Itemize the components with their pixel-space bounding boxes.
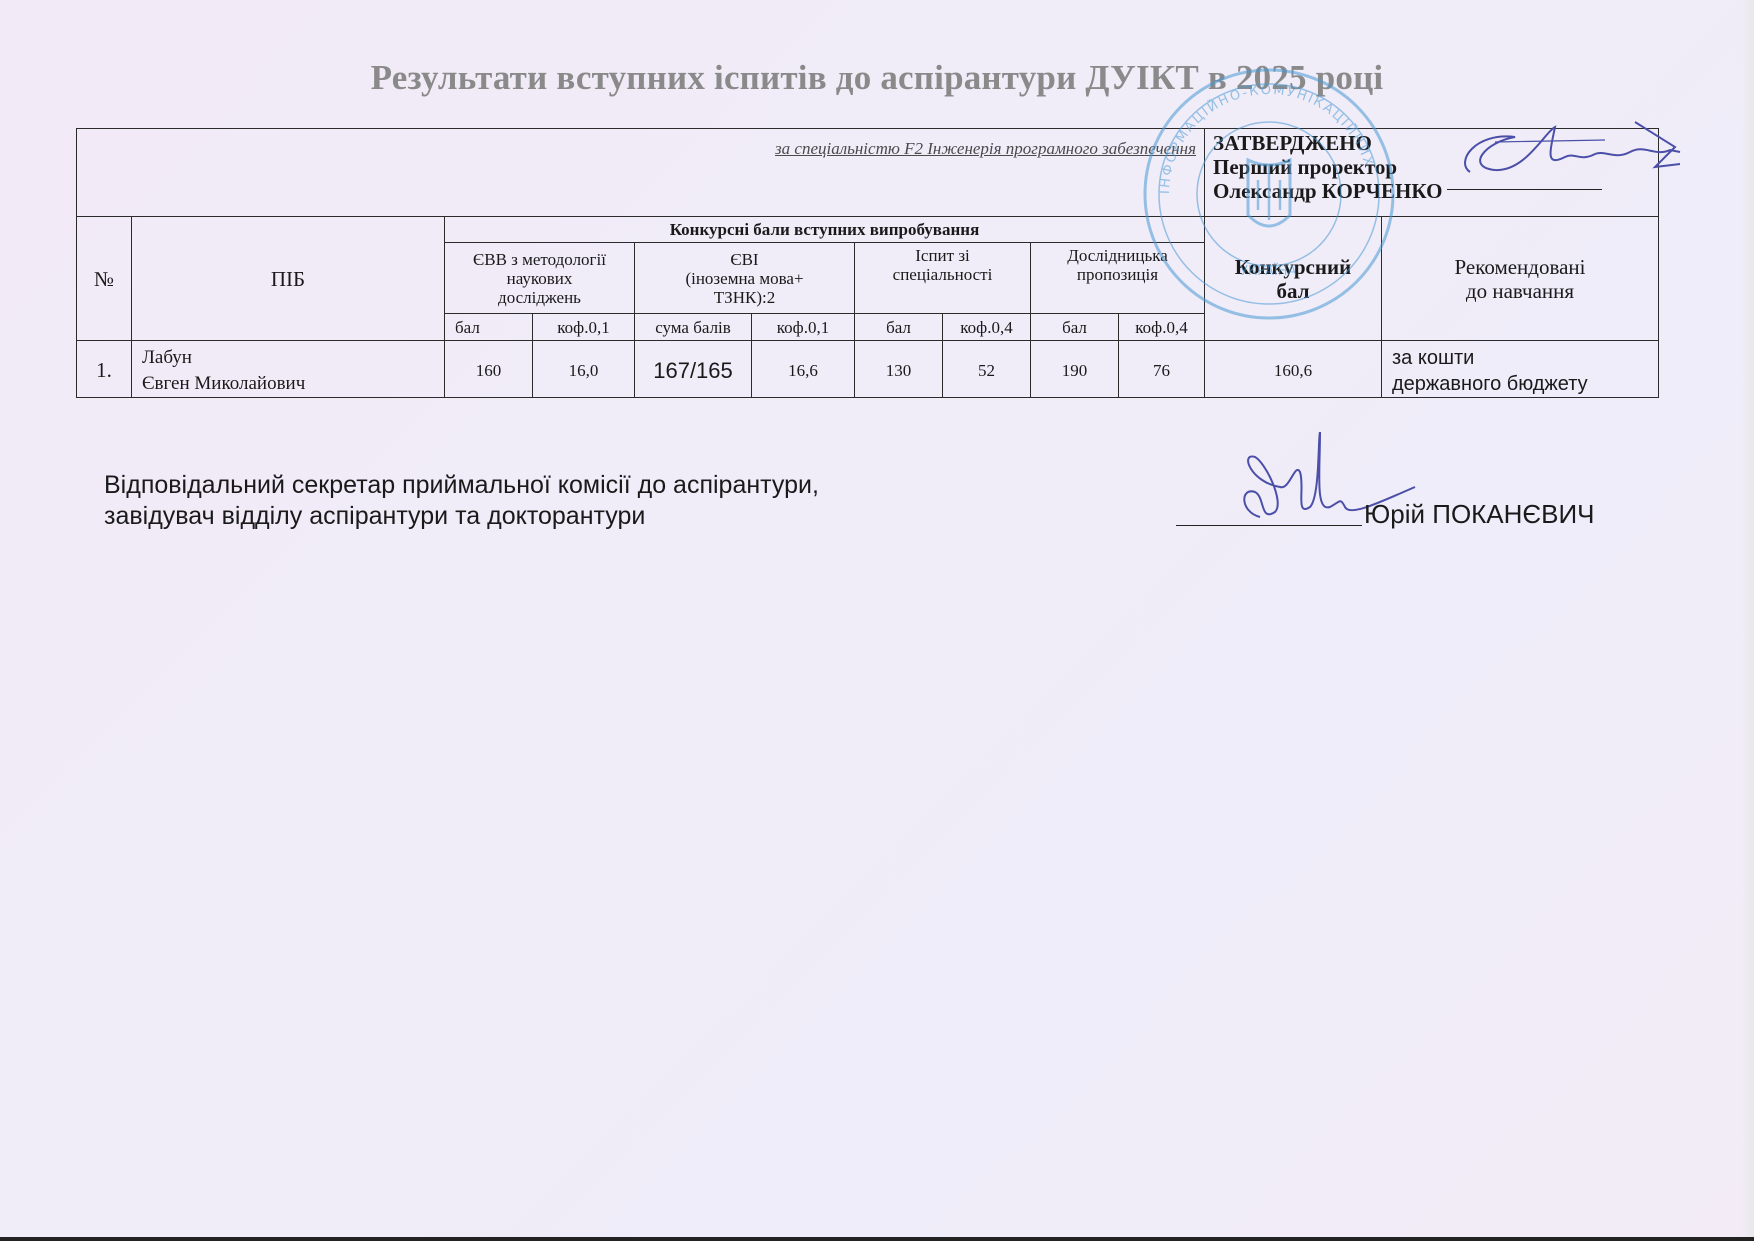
header-text: ЄВВ з методології xyxy=(445,250,634,269)
subheader-evv-score: бал xyxy=(445,314,533,341)
scan-bottom-edge xyxy=(0,1237,1754,1241)
header-text: наукових xyxy=(445,269,634,288)
header-competitive-scores: Конкурсні бали вступних випробування xyxy=(445,217,1205,243)
subheader-exam-score: бал xyxy=(855,314,943,341)
header-competitive-score-line1: Конкурсний xyxy=(1205,255,1381,279)
row-evv-weighted: 16,0 xyxy=(533,341,635,398)
secretary-signature-line xyxy=(1176,524,1362,526)
row-given-names: Євген Миколайович xyxy=(142,371,444,397)
header-text: пропозиція xyxy=(1031,265,1204,284)
row-competitive-score: 160,6 xyxy=(1205,341,1382,398)
secretary-signature-block: Юрій ПОКАНЄВИЧ xyxy=(1176,499,1594,530)
header-text: досліджень xyxy=(445,288,634,307)
row-number: 1. xyxy=(77,341,132,398)
table-row: 1. Лабун Євген Миколайович 160 16,0 167/… xyxy=(77,341,1659,398)
header-name: ПІБ xyxy=(132,217,445,341)
header-group-evv: ЄВВ з методології наукових досліджень xyxy=(445,243,635,314)
approver-position: Перший проректор xyxy=(1213,155,1658,179)
page-title: Результати вступних іспитів до аспіранту… xyxy=(0,58,1754,98)
subheader-evi-coef: коф.0,1 xyxy=(752,314,855,341)
approver-name: Олександр КОРЧЕНКО xyxy=(1213,179,1658,203)
row-recommended-line1: за кошти xyxy=(1392,345,1658,371)
header-group-evi: ЄВІ (іноземна мова+ ТЗНК):2 xyxy=(635,243,855,314)
header-recommended: Рекомендовані до навчання xyxy=(1382,217,1659,341)
row-recommended-line2: державного бюджету xyxy=(1392,371,1658,397)
subheader-evv-coef: коф.0,1 xyxy=(533,314,635,341)
secretary-name: Юрій ПОКАНЄВИЧ xyxy=(1364,499,1594,530)
approval-label: ЗАТВЕРДЖЕНО xyxy=(1213,131,1658,155)
header-group-specialty-exam: Іспит зі спеціальності xyxy=(855,243,1031,314)
row-surname: Лабун xyxy=(142,345,444,371)
header-group-research-proposal: Дослідницька пропозиція xyxy=(1031,243,1205,314)
secretary-position-line1: Відповідальний секретар приймальної комі… xyxy=(104,470,819,501)
header-competitive-score: Конкурсний бал xyxy=(1205,217,1382,341)
header-text: ЄВІ xyxy=(635,250,854,269)
secretary-position-line2: завідувач відділу аспірантури та доктора… xyxy=(104,501,819,532)
header-recommended-line2: до навчання xyxy=(1382,279,1658,303)
subheader-exam-coef: коф.0,4 xyxy=(943,314,1031,341)
subheader-proposal-score: бал xyxy=(1031,314,1119,341)
row-proposal-weighted: 76 xyxy=(1119,341,1205,398)
approval-signature-line xyxy=(1447,189,1602,190)
row-exam-weighted: 52 xyxy=(943,341,1031,398)
header-text: (іноземна мова+ xyxy=(635,269,854,288)
secretary-position: Відповідальний секретар приймальної комі… xyxy=(104,470,819,532)
header-competitive-score-line2: бал xyxy=(1205,279,1381,303)
specialty-row: за спеціальністю F2 Інженерія програмног… xyxy=(77,129,1659,217)
page-edge-shadow xyxy=(1742,0,1754,1241)
header-text: спеціальності xyxy=(855,265,1030,284)
subheader-evi-sum: сума балів xyxy=(635,314,752,341)
specialty-heading: за спеціальністю F2 Інженерія програмног… xyxy=(77,129,1205,217)
subheader-proposal-coef: коф.0,4 xyxy=(1119,314,1205,341)
row-evv-score: 160 xyxy=(445,341,533,398)
results-table: за спеціальністю F2 Інженерія програмног… xyxy=(76,128,1659,398)
row-recommended: за кошти державного бюджету xyxy=(1382,341,1659,398)
header-recommended-line1: Рекомендовані xyxy=(1382,255,1658,279)
approval-block: ЗАТВЕРДЖЕНО Перший проректор Олександр К… xyxy=(1205,129,1659,217)
header-text: Дослідницька xyxy=(1031,246,1204,265)
row-evi-weighted: 16,6 xyxy=(752,341,855,398)
header-text: ТЗНК):2 xyxy=(635,288,854,307)
row-evi-sum: 167/165 xyxy=(635,341,752,398)
row-exam-score: 130 xyxy=(855,341,943,398)
header-number: № xyxy=(77,217,132,341)
row-full-name: Лабун Євген Миколайович xyxy=(132,341,445,398)
row-proposal-score: 190 xyxy=(1031,341,1119,398)
header-text: Іспит зі xyxy=(855,246,1030,265)
